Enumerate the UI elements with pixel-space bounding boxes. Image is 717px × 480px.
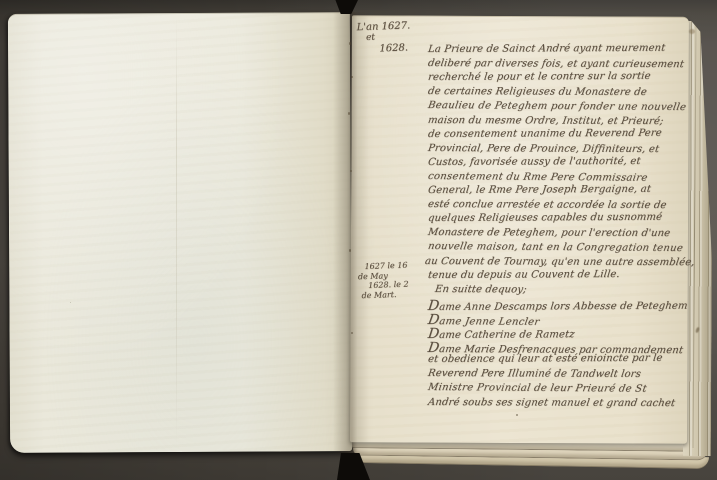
manuscript-line: Dame Anne Descamps lors Abbesse de Peteg… [427, 296, 689, 313]
ink-speck [351, 76, 353, 78]
manuscript-line: esté conclue arrestée et accordée la sor… [427, 199, 667, 211]
ink-speck [70, 302, 71, 303]
manuscript-line: Ministre Provincial de leur Prieuré de S… [427, 382, 648, 395]
ink-speck [348, 112, 350, 115]
manuscript-line: Monastere de Peteghem, pour l'erection d… [427, 227, 671, 239]
manuscript-line: Beaulieu de Peteghem pour fonder une nou… [427, 100, 687, 113]
ink-speck [351, 332, 353, 334]
manuscript-line: Reverend Pere Illuminé de Tandwelt lors [427, 368, 641, 380]
manuscript-line: recherché le pour et le contre sur la so… [427, 71, 651, 83]
ink-speck [516, 414, 518, 416]
margin-note-year-line: 1628. [379, 42, 427, 55]
manuscript-line: Provincial, Pere de Prouince, Diffiniteu… [427, 143, 660, 155]
manuscript-line: tenue du depuis au Couvent de Lille. [427, 269, 620, 281]
margin-note-dates: 1627 le 16de May1628. le 2de Mart. [357, 260, 432, 301]
manuscript-line: de certaines Religieuses du Monastere de [427, 86, 647, 98]
margin-note-year: L'an 1627. et 1628. [356, 20, 427, 55]
manuscript-line: En suitte dequoy; [434, 284, 527, 295]
manuscript-line: au Couvent de Tournay, qu'en une autre a… [424, 256, 695, 268]
manuscript-line: La Prieure de Sainct André ayant meureme… [427, 43, 666, 55]
manuscript-line: nouvelle maison, tant en la Congregation… [427, 241, 684, 254]
manuscript-line: consentement du Rme Pere Commissaire [427, 171, 648, 184]
manuscript-line: quelques Religieuses capables du susnomm… [427, 212, 662, 224]
manuscript-scan: L'an 1627. et 1628. 1627 le 16de May1628… [0, 0, 717, 480]
manuscript-line: Custos, favorisée aussy de l'authorité, … [427, 156, 641, 168]
ink-speck [349, 249, 351, 252]
ink-smudge [689, 29, 695, 34]
left-page [8, 12, 352, 453]
manuscript-line: General, le Rme Pere Joseph Bergaigne, a… [427, 184, 651, 196]
manuscript-line: André soubs ses signet manuel et grand c… [427, 397, 676, 409]
manuscript-line: deliberé par diverses fois, et ayant cur… [427, 58, 685, 70]
ink-speck [350, 170, 352, 172]
gutter-shadow [333, 12, 369, 454]
paper-crease [176, 16, 177, 444]
ink-speck [349, 42, 351, 45]
manuscript-line: et obedience qui leur at esté enioincte … [427, 353, 663, 365]
manuscript-line: de consentement unanime du Reverend Pere [427, 127, 662, 139]
manuscript-line: maison du mesme Ordre, Institut, et Prie… [427, 115, 664, 127]
manuscript-body: La Prieure de Sainct André ayant meureme… [428, 44, 696, 414]
